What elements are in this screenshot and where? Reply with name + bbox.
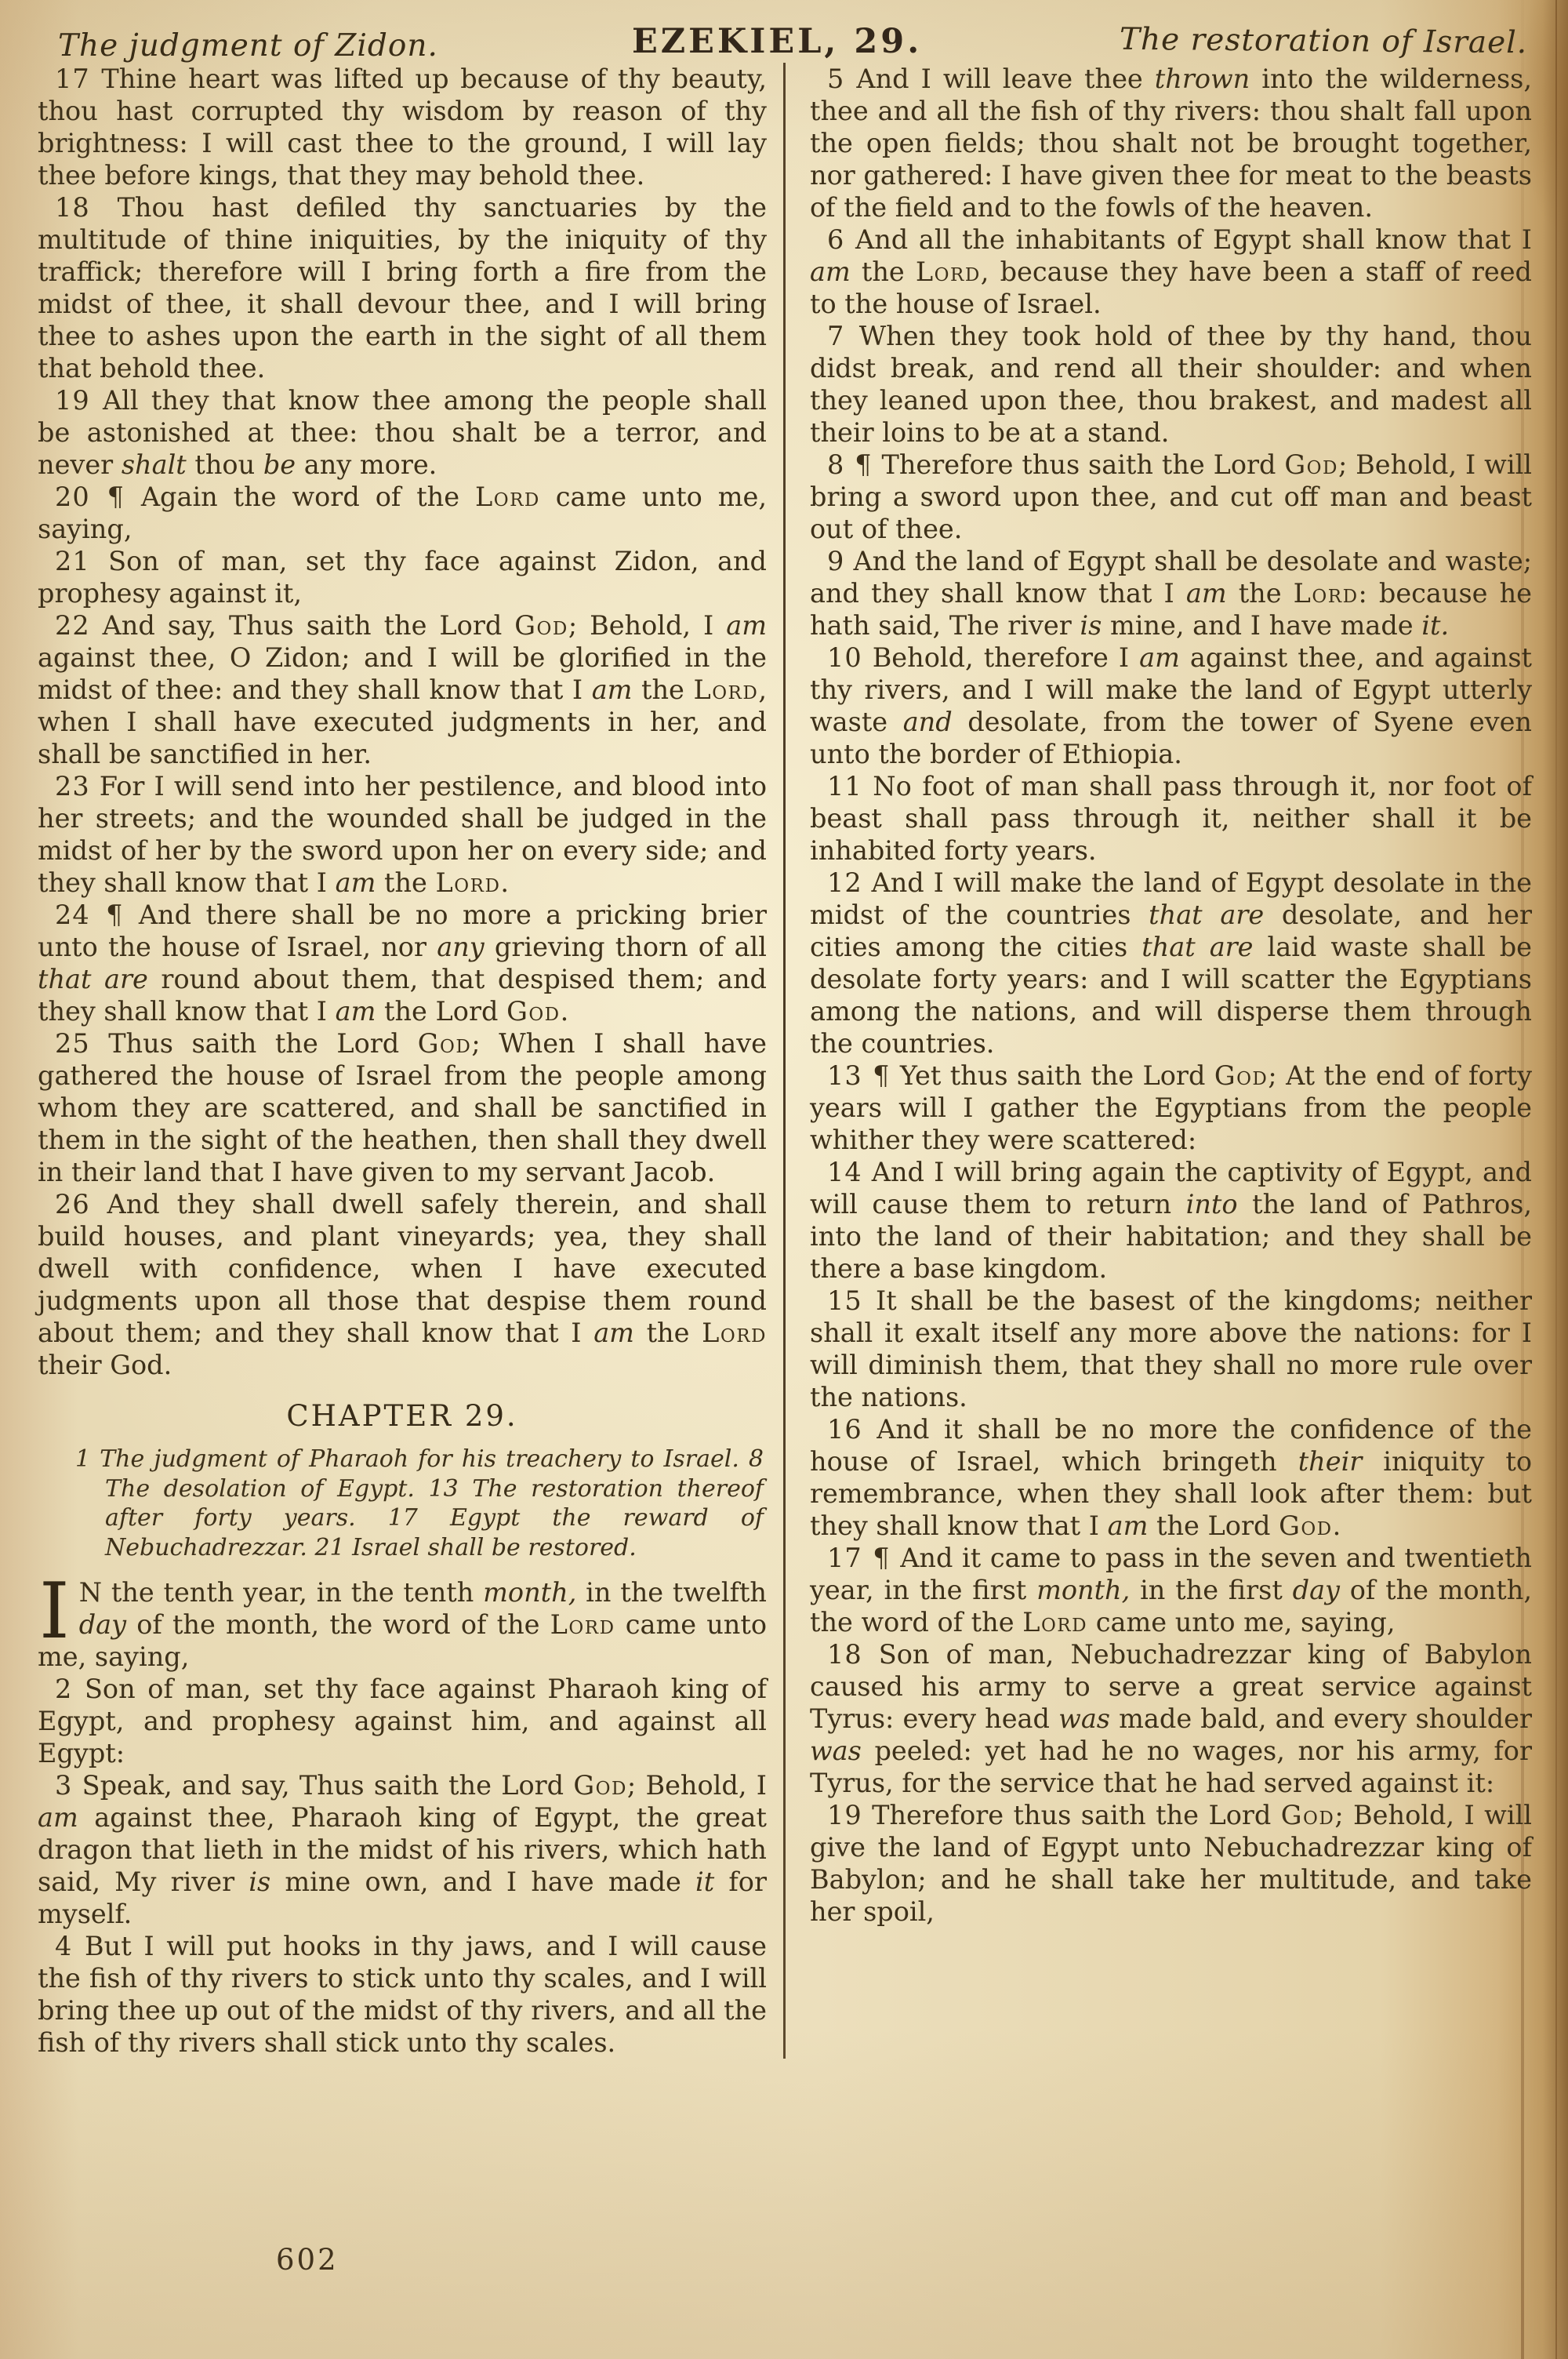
small-caps-divine-name: Lord — [475, 482, 540, 512]
verse-17: 17 ¶ And it came to pass in the seven an… — [810, 1542, 1532, 1638]
verse-number: 21 — [55, 546, 90, 576]
drop-cap: I — [38, 1576, 79, 1641]
verse-number: 18 — [55, 192, 90, 223]
verse-number: 9 — [827, 546, 844, 576]
verse-20: 20 ¶ Again the word of the Lord came unt… — [38, 481, 767, 545]
verse-number: 16 — [827, 1414, 862, 1445]
small-caps-divine-name: God — [1214, 1060, 1269, 1091]
page-edge-line — [1555, 0, 1557, 2359]
text-columns: 17 Thine heart was lifted up because of … — [38, 63, 1532, 2059]
verse-24: 24 ¶ And there shall be no more a pricki… — [38, 899, 767, 1027]
running-head-right: The restoration of Israel. — [1120, 22, 1527, 61]
verse-number: 7 — [827, 321, 844, 351]
pilcrow-mark: ¶ — [106, 482, 125, 512]
verse-number: 19 — [827, 1800, 862, 1830]
chapter28-verses: 17 Thine heart was lifted up because of … — [38, 63, 767, 1381]
verse-9: 9 And the land of Egypt shall be desolat… — [810, 545, 1532, 642]
verse-number: 2 — [55, 1674, 72, 1704]
verse-number: 5 — [827, 64, 844, 94]
small-caps-divine-name: Lord — [550, 1609, 615, 1640]
verse-number: 23 — [55, 771, 90, 801]
verse-21: 21 Son of man, set thy face against Zido… — [38, 545, 767, 609]
running-head-left: The judgment of Zidon. — [58, 28, 438, 64]
verse-number: 4 — [55, 1931, 72, 1961]
verse-11: 11 No foot of man shall pass through it,… — [810, 770, 1532, 867]
verse-number: 6 — [827, 224, 844, 255]
verse-number: 10 — [827, 642, 862, 673]
small-caps-divine-name: God — [1284, 449, 1338, 480]
verse-19: 19 Therefore thus saith the Lord God; Be… — [810, 1799, 1532, 1928]
verse-17: 17 Thine heart was lifted up because of … — [38, 63, 767, 191]
verse-number: 15 — [827, 1285, 862, 1316]
small-caps-divine-name: Lord — [693, 674, 758, 705]
verse-number: 12 — [827, 867, 862, 898]
left-column: 17 Thine heart was lifted up because of … — [38, 63, 767, 2059]
pilcrow-mark: ¶ — [871, 1060, 891, 1091]
bible-page: The judgment of Zidon. EZEKIEL, 29. The … — [0, 0, 1568, 2359]
verse-number: 3 — [55, 1770, 72, 1801]
small-caps-divine-name: God — [418, 1028, 472, 1059]
book-chapter-title: EZEKIEL, 29. — [632, 22, 922, 61]
verse-number: 13 — [827, 1060, 862, 1091]
verse-19: 19 All they that know thee among the peo… — [38, 384, 767, 481]
verse-number: 26 — [55, 1189, 90, 1219]
small-caps-divine-name: God — [514, 610, 568, 641]
verse-10: 10 Behold, therefore I am against thee, … — [810, 642, 1532, 770]
small-caps-divine-name: God — [573, 1770, 627, 1801]
verse-18: 18 Thou hast defiled thy sanctuaries by … — [38, 191, 767, 384]
chapter-heading: CHAPTER 29. — [38, 1400, 767, 1432]
verse-22: 22 And say, Thus saith the Lord God; Beh… — [38, 609, 767, 770]
pilcrow-mark: ¶ — [871, 1543, 891, 1573]
verse-12: 12 And I will make the land of Egypt des… — [810, 867, 1532, 1060]
verse-number: 17 — [55, 64, 90, 94]
verse-8: 8 ¶ Therefore thus saith the Lord God; B… — [810, 449, 1532, 545]
small-caps-divine-name: Lord — [916, 256, 981, 287]
chapter29-verses: IN the tenth year, in the tenth month, i… — [38, 1576, 767, 2059]
verse-5: 5 And I will leave thee thrown into the … — [810, 63, 1532, 224]
verse-number: 14 — [827, 1157, 862, 1187]
verse-number: 24 — [55, 900, 90, 930]
chapter-summary: 1 The judgment of Pharaoh for his treach… — [75, 1445, 764, 1562]
page-number: 602 — [276, 2243, 339, 2277]
small-caps-divine-name: Lord — [436, 867, 501, 898]
verse-number: 18 — [827, 1639, 862, 1670]
small-caps-divine-name: God — [506, 996, 561, 1027]
verse-15: 15 It shall be the basest of the kingdom… — [810, 1285, 1532, 1413]
verse-number: 20 — [55, 482, 90, 512]
verse-number: 17 — [827, 1543, 862, 1573]
verse-7: 7 When they took hold of thee by thy han… — [810, 320, 1532, 449]
verse-23: 23 For I will send into her pestilence, … — [38, 770, 767, 899]
verse-4: 4 But I will put hooks in thy jaws, and … — [38, 1930, 767, 2059]
verse-6: 6 And all the inhabitants of Egypt shall… — [810, 224, 1532, 320]
column-divider — [783, 63, 786, 2059]
verse-2: 2 Son of man, set thy face against Phara… — [38, 1673, 767, 1769]
verse-3: 3 Speak, and say, Thus saith the Lord Go… — [38, 1769, 767, 1930]
verse-26: 26 And they shall dwell safely therein, … — [38, 1188, 767, 1381]
pilcrow-mark: ¶ — [853, 449, 873, 480]
verse-number: 11 — [827, 771, 862, 801]
verse-14: 14 And I will bring again the captivity … — [810, 1156, 1532, 1285]
verse-13: 13 ¶ Yet thus saith the Lord God; At the… — [810, 1060, 1532, 1156]
verse-number: 8 — [827, 449, 844, 480]
small-caps-divine-name: Lord — [702, 1318, 767, 1348]
verse-number: 25 — [55, 1028, 90, 1059]
small-caps-divine-name: Lord — [1022, 1607, 1087, 1637]
small-caps-divine-name: Lord — [1294, 578, 1359, 609]
small-caps-divine-name: God — [1279, 1510, 1333, 1541]
running-head: The judgment of Zidon. EZEKIEL, 29. The … — [0, 19, 1568, 66]
verse-1: IN the tenth year, in the tenth month, i… — [38, 1576, 767, 1673]
verse-18: 18 Son of man, Nebuchadrezzar king of Ba… — [810, 1638, 1532, 1799]
verse-number: 22 — [55, 610, 90, 641]
small-caps-divine-name: God — [1281, 1800, 1335, 1830]
verse-number: 19 — [55, 385, 90, 416]
verse-25: 25 Thus saith the Lord God; When I shall… — [38, 1027, 767, 1188]
right-column: 5 And I will leave thee thrown into the … — [810, 63, 1532, 2059]
pilcrow-mark: ¶ — [104, 900, 124, 930]
verse-16: 16 And it shall be no more the confidenc… — [810, 1413, 1532, 1542]
